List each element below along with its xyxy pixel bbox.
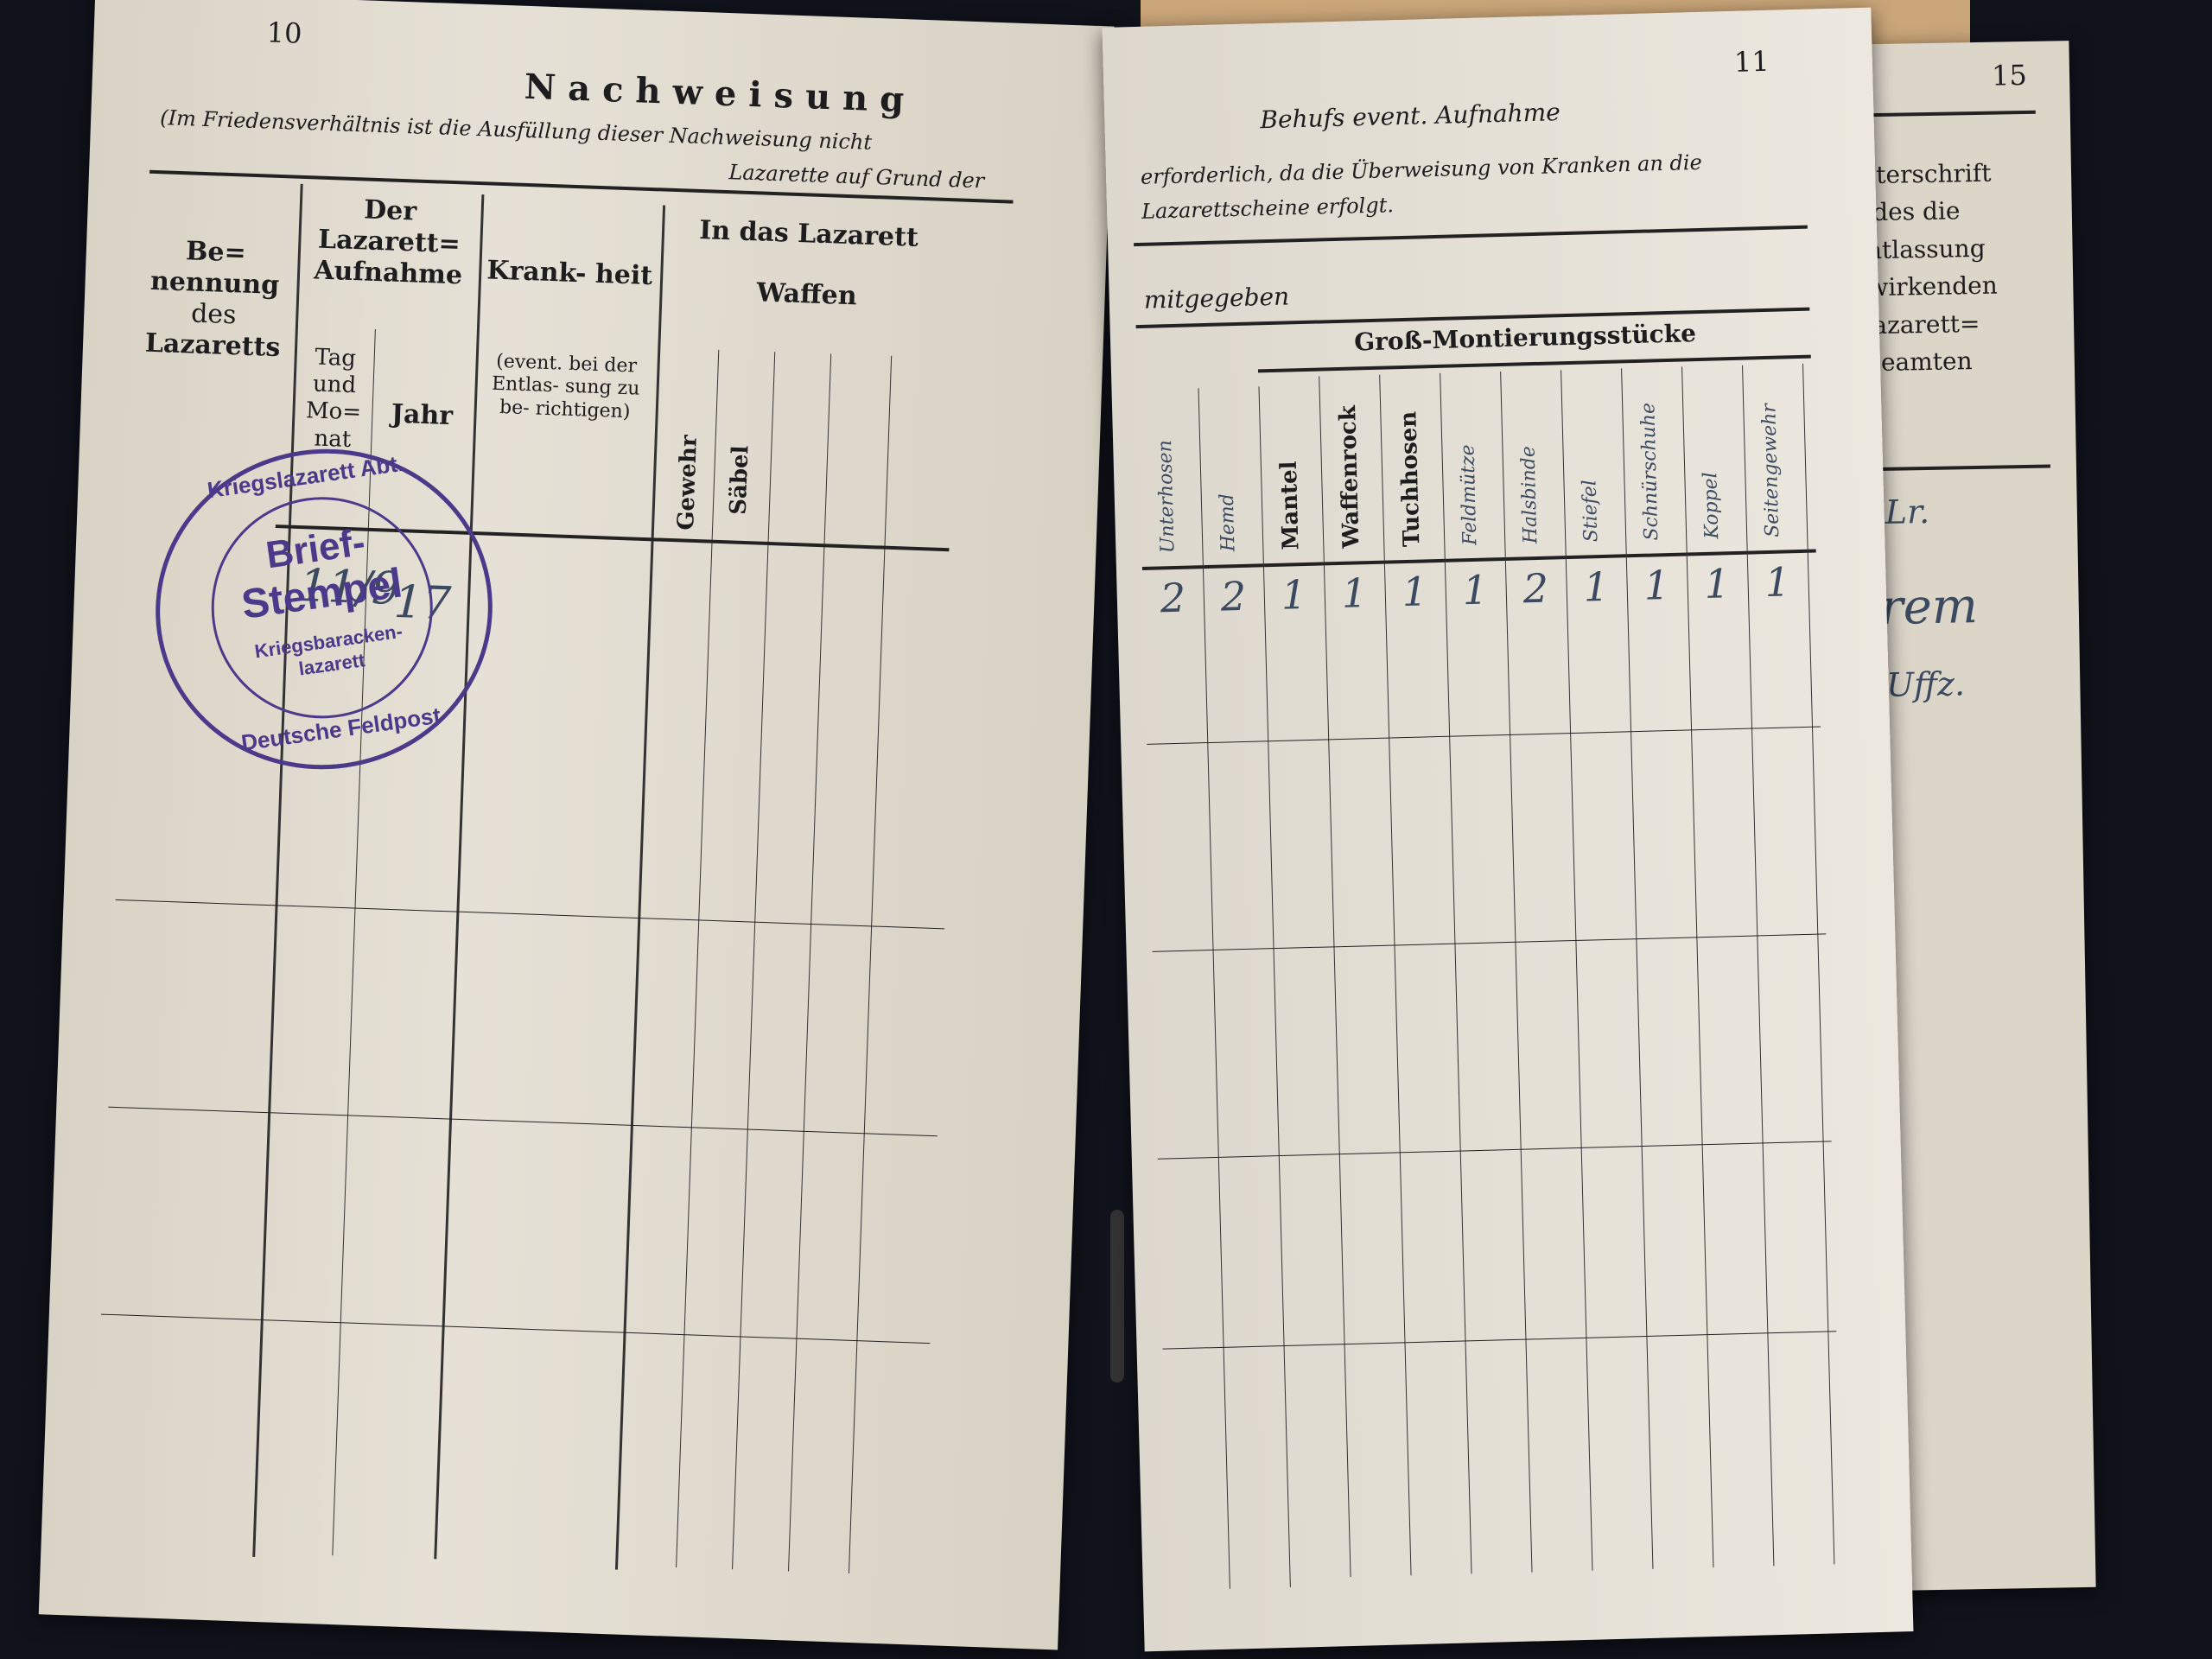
col-divider xyxy=(1319,377,1351,1578)
col-illness: Krank- heit xyxy=(483,255,657,292)
col-divider xyxy=(252,184,302,1557)
right-heading: Behufs event. Aufnahme xyxy=(1260,98,1560,134)
count-0: 2 xyxy=(1160,575,1186,622)
col-hospital-name: Be=nennungdesLazaretts xyxy=(143,235,286,364)
col-5-label: Feldmütze xyxy=(1457,444,1481,545)
col-1-label: Hemd xyxy=(1217,493,1240,552)
col-divider xyxy=(1681,367,1713,1568)
col-divider xyxy=(788,353,831,1571)
count-9: 1 xyxy=(1704,560,1731,607)
col-divider xyxy=(732,352,775,1569)
staple xyxy=(1110,1210,1124,1382)
subtitle-cont: Lazarette auf Grund der xyxy=(728,160,985,193)
col-divider xyxy=(434,194,484,1559)
col-divider xyxy=(1802,364,1834,1565)
page-10: 10 Nachweisung (Im Friedensverhältnis is… xyxy=(39,0,1115,1649)
row-divider xyxy=(116,899,944,930)
col-10-label: Seitengewehr xyxy=(1758,404,1783,537)
count-8: 1 xyxy=(1643,562,1670,609)
count-3: 1 xyxy=(1341,569,1368,617)
page-11: 11 Behufs event. Aufnahme erforderlich, … xyxy=(1103,8,1914,1652)
divider xyxy=(1258,355,1811,373)
col-divider xyxy=(1440,373,1471,1574)
count-7: 1 xyxy=(1583,563,1610,611)
right-line-2: Lazarettscheine erfolgt. xyxy=(1141,193,1395,224)
page-number: 11 xyxy=(1733,45,1770,79)
count-5: 1 xyxy=(1462,567,1489,614)
header-rule xyxy=(1134,226,1808,246)
row-divider xyxy=(1147,726,1821,744)
col-0-label: Unterhosen xyxy=(1154,440,1179,554)
col-divider xyxy=(1560,370,1592,1571)
right-line-1: erforderlich, da die Überweisung von Kra… xyxy=(1141,150,1702,189)
col-weapons: Waffen xyxy=(664,275,950,315)
given-label: mitgegeben xyxy=(1143,282,1289,314)
count-1: 2 xyxy=(1220,573,1247,620)
col-divider xyxy=(849,356,892,1573)
col-divider xyxy=(1500,372,1532,1573)
row-divider xyxy=(108,1107,937,1137)
row-divider xyxy=(1153,933,1827,951)
col-4-label: Tuchhosen xyxy=(1395,411,1425,548)
count-4: 1 xyxy=(1402,568,1428,615)
col-2-label: Mantel xyxy=(1276,461,1305,550)
col-7-label: Stiefel xyxy=(1579,480,1602,543)
count-6: 2 xyxy=(1522,565,1549,613)
col-6-label: Halsbinde xyxy=(1517,446,1541,544)
page-number: 10 xyxy=(266,16,302,49)
col-divider xyxy=(1621,368,1653,1569)
col-3-label: Waffenrock xyxy=(1335,405,1364,549)
count-2: 1 xyxy=(1281,571,1307,619)
page-title: Nachweisung xyxy=(524,67,917,121)
col-year: Jahr xyxy=(374,398,470,433)
col-rifle: Gewehr xyxy=(673,435,702,531)
col-divider xyxy=(676,350,719,1567)
row-divider xyxy=(101,1314,930,1344)
col-sabre: Säbel xyxy=(726,445,754,515)
col-illness-note: (event. bei der Entlas- sung zu be- rich… xyxy=(482,350,649,424)
page-number: 15 xyxy=(1992,59,2027,92)
col-admission: Der Lazarett= Aufnahme xyxy=(302,193,478,292)
row-divider xyxy=(1158,1141,1832,1159)
col-day-month: Tag und Mo= nat xyxy=(296,344,372,454)
count-10: 1 xyxy=(1764,558,1791,606)
col-9-label: Koppel xyxy=(1700,472,1723,539)
col-8-label: Schnürschuhe xyxy=(1637,403,1662,541)
col-divider xyxy=(1379,375,1411,1576)
col-divider xyxy=(1742,365,1774,1567)
col-into-hospital: In das Lazarett xyxy=(665,214,951,255)
row-divider xyxy=(1163,1331,1837,1349)
